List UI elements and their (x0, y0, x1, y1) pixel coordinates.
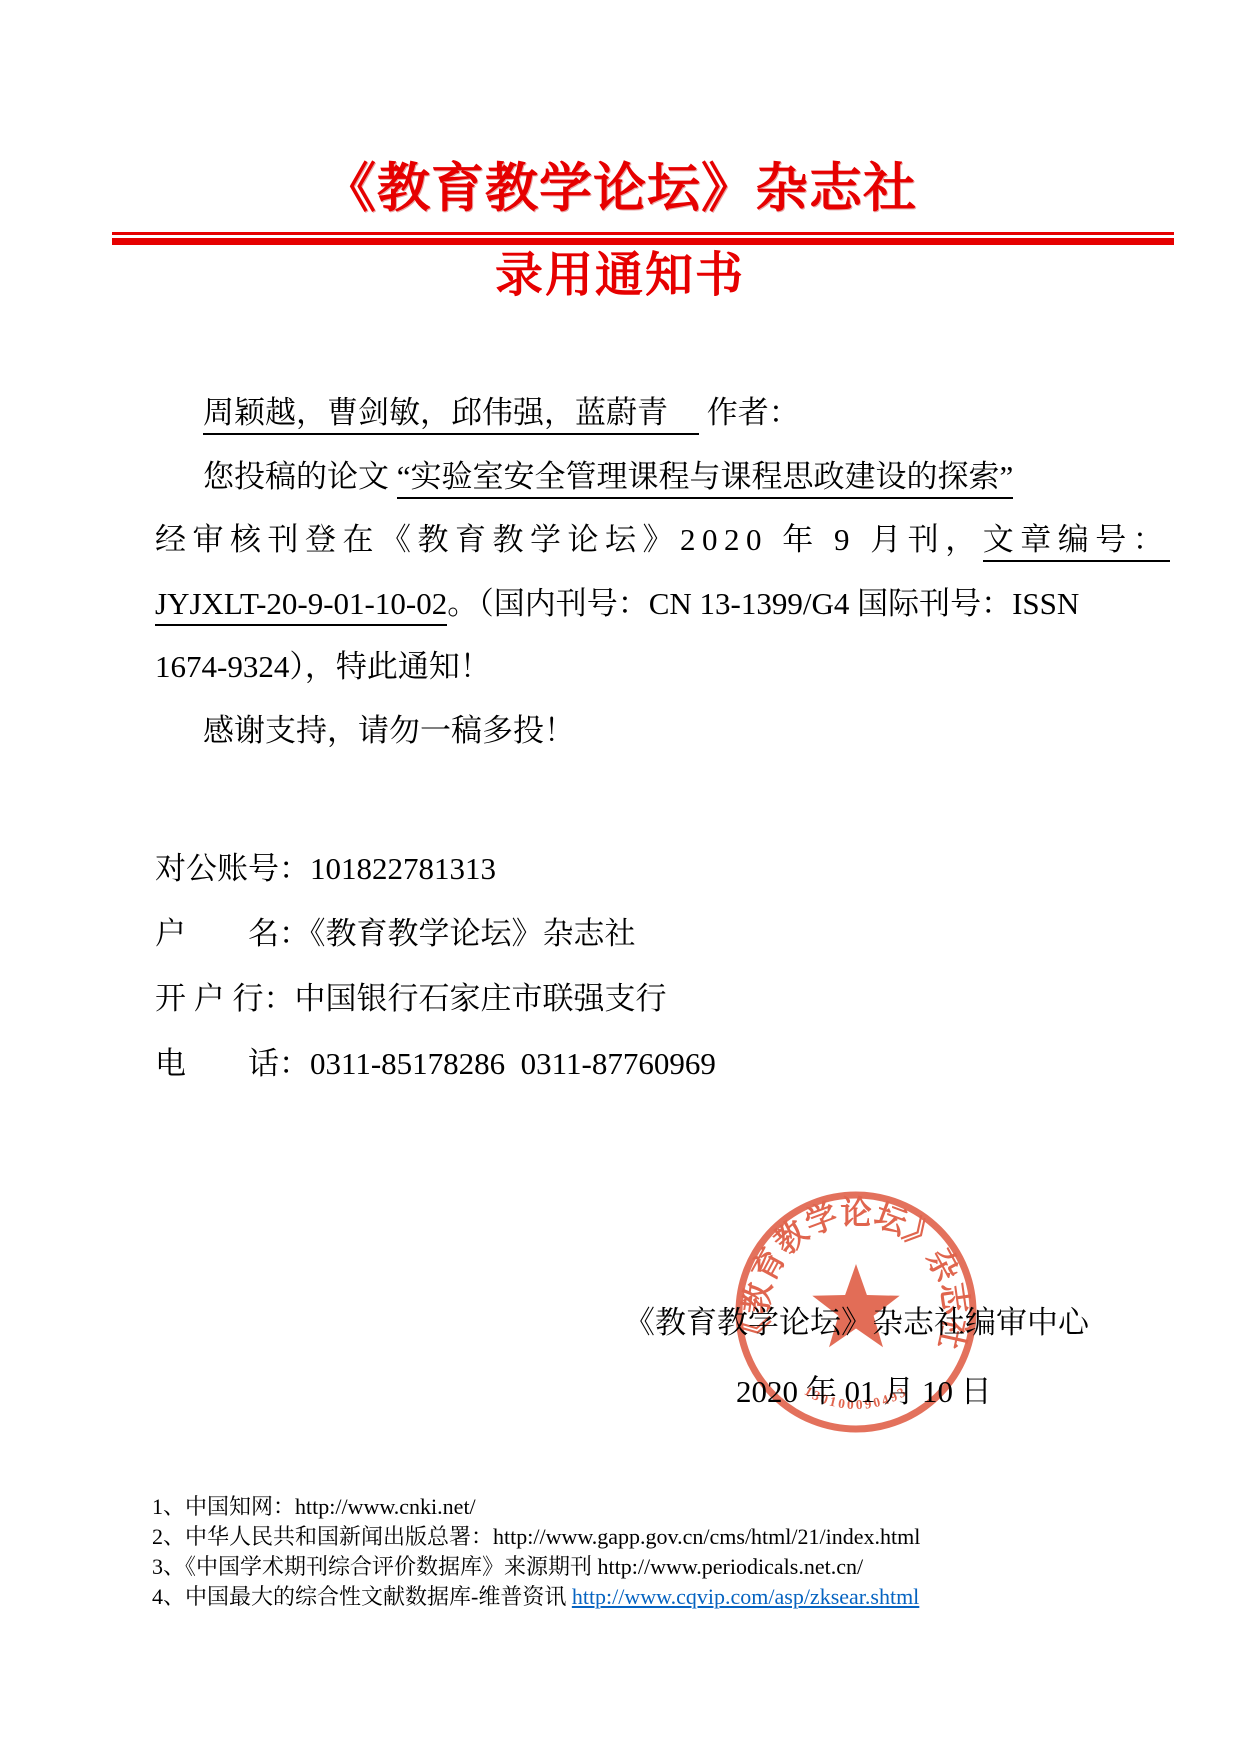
account-number-value: 101822781313 (310, 851, 496, 886)
journal-org-title: 《教育教学论坛》杂志社 (0, 160, 1240, 218)
article-number-label: 文章编号： (983, 522, 1171, 562)
publication-line: 经审核刊登在《教育教学论坛》2020 年 9 月刊，文章编号： (155, 508, 1115, 572)
article-number-line: JYJXLT-20-9-01-10-02。（国内刊号：CN 13-1399/G4… (155, 572, 1115, 636)
author-names: 周颖越，曹剑敏，邱伟强，蓝蔚青 (203, 395, 699, 435)
publication-info: 经审核刊登在《教育教学论坛》2020 年 9 月刊， (155, 522, 983, 557)
divider-thick-line (112, 238, 1174, 245)
account-number-label: 对公账号： (155, 851, 310, 886)
doc-title: 录用通知书 (0, 250, 1240, 302)
phone-label: 电 话： (155, 1046, 310, 1081)
authors-line: 周颖越，曹剑敏，邱伟强，蓝蔚青 作者： (155, 381, 1115, 445)
issn-info: 。（国内刊号：CN 13-1399/G4 国际刊号：ISSN (447, 586, 1079, 621)
cqvip-link[interactable]: http://www.cqvip.com/asp/zksear.shtml (572, 1584, 919, 1609)
official-seal-stamp-icon: 《教育教学论坛》杂志社 130100090493 (732, 1188, 980, 1436)
svg-text:130100090493: 130100090493 (802, 1383, 910, 1412)
account-info: 对公账号：101822781313 户 名：《教育教学论坛》杂志社 开 户 行：… (155, 836, 1115, 1096)
account-number-row: 对公账号：101822781313 (155, 836, 1115, 901)
acceptance-letter-page: 《教育教学论坛》杂志社 录用通知书 周颖越，曹剑敏，邱伟强，蓝蔚青 作者： 您投… (0, 0, 1240, 1753)
letter-body: 周颖越，曹剑敏，邱伟强，蓝蔚青 作者： 您投稿的论文 “实验室安全管理课程与课程… (155, 381, 1115, 762)
paper-title: “实验室安全管理课程与课程思政建设的探索” (397, 459, 1014, 499)
account-name-value: 《教育教学论坛》杂志社 (310, 916, 636, 951)
stamp-code: 130100090493 (802, 1383, 910, 1412)
paper-title-line: 您投稿的论文 “实验室安全管理课程与课程思政建设的探索” (155, 445, 1115, 509)
footer-item-gapp: 2、中华人民共和国新闻出版总署：http://www.gapp.gov.cn/c… (152, 1522, 1132, 1552)
header-divider (112, 232, 1174, 245)
issn-continuation-line: 1674-9324），特此通知！ (155, 635, 1115, 699)
authors-suffix: 作者： (699, 395, 800, 430)
account-name-label: 户 名： (155, 916, 310, 951)
bank-row: 开 户 行：中国银行石家庄市联强支行 (155, 966, 1115, 1031)
phone-value: 0311-85178286 0311-87760969 (310, 1046, 716, 1081)
thanks-line: 感谢支持，请勿一稿多投！ (155, 699, 1115, 763)
article-number: JYJXLT-20-9-01-10-02 (155, 586, 447, 626)
paper-title-lead: 您投稿的论文 (203, 459, 397, 494)
stamp-star-icon (812, 1264, 899, 1347)
footer-item-periodicals: 3、《中国学术期刊综合评价数据库》来源期刊 http://www.periodi… (152, 1552, 1132, 1582)
footer-item-cqvip: 4、中国最大的综合性文献数据库-维普资讯 http://www.cqvip.co… (152, 1582, 1132, 1612)
account-name-row: 户 名：《教育教学论坛》杂志社 (155, 901, 1115, 966)
cqvip-label: 4、中国最大的综合性文献数据库-维普资讯 (152, 1584, 572, 1609)
footer-links: 1、中国知网：http://www.cnki.net/ 2、中华人民共和国新闻出… (152, 1492, 1132, 1612)
footer-item-cnki: 1、中国知网：http://www.cnki.net/ (152, 1492, 1132, 1522)
phone-row: 电 话：0311-85178286 0311-87760969 (155, 1031, 1115, 1096)
bank-label: 开 户 行： (155, 981, 295, 1016)
bank-value: 中国银行石家庄市联强支行 (295, 981, 667, 1016)
